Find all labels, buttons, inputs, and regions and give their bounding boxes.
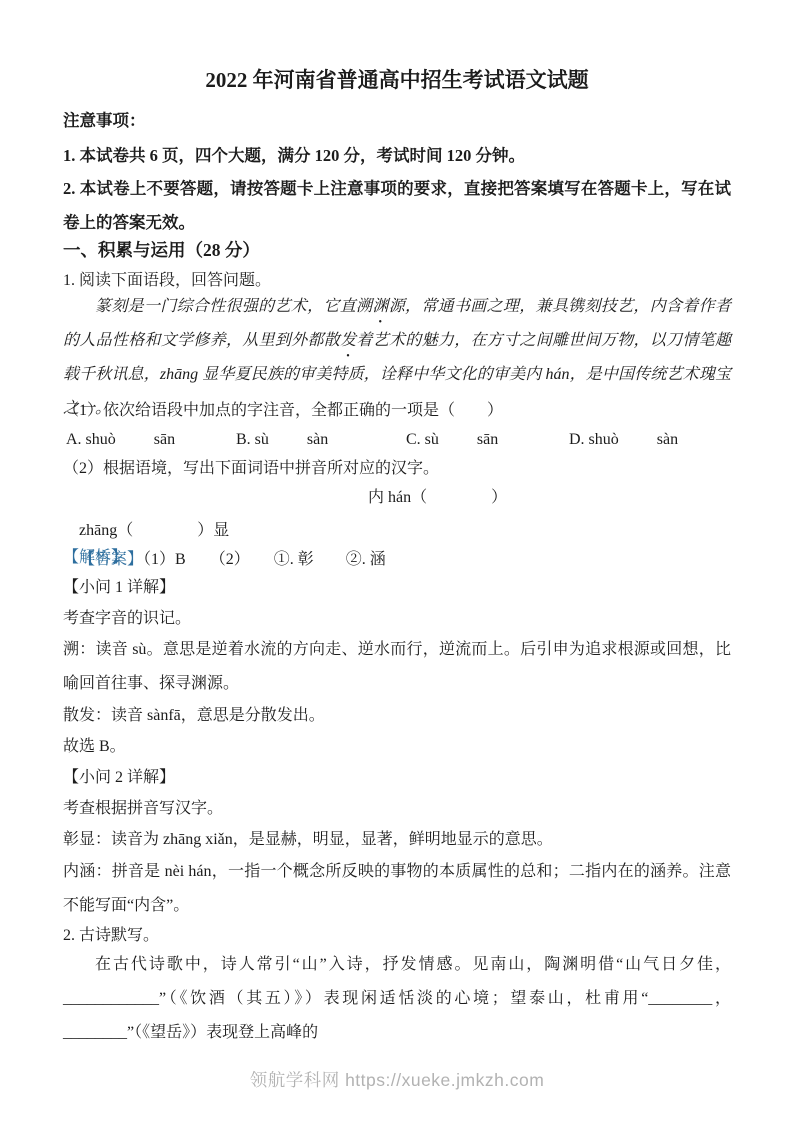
- emphasis-dot-char: 溯: [356, 298, 372, 315]
- watermark: 领航学科网 https://xueke.jmkzh.com: [63, 1064, 731, 1097]
- subq1-heading: 【小问 1 详解】: [63, 571, 731, 604]
- subq2-heading: 【小问 2 详解】: [63, 761, 731, 794]
- exam-paper-page: 2022 年河南省普通高中招生考试语文试题 注意事项： 1. 本试卷共 6 页，…: [0, 0, 793, 1122]
- notice-item-2: 2. 本试卷上不要答题，请按答题卡上注意事项的要求，直接把答案填写在答题卡上，写…: [63, 172, 731, 240]
- page-title: 2022 年河南省普通高中招生考试语文试题: [63, 64, 731, 97]
- explain2-line-2: 彰显：读音为 zhāng xiǎn，是显赫，明显，显著，鲜明地显示的意思。: [63, 823, 731, 856]
- section-1-heading: 一、积累与运用（28 分）: [63, 234, 731, 267]
- analysis-label: 【解析】: [63, 541, 731, 574]
- emphasis-dot-char: 散: [324, 332, 340, 349]
- explain1-line-4: 故选 B。: [63, 730, 731, 763]
- explain2-line-1: 考查根据拼音写汉字。: [63, 792, 731, 825]
- explain1-line-2: 溯：读音 sù。意思是逆着水流的方向走、逆水而行，逆流而上。后引申为追求根源或回…: [63, 633, 731, 701]
- explain1-line-1: 考查字音的识记。: [63, 602, 731, 635]
- notice-heading: 注意事项：: [63, 104, 731, 137]
- explain1-line-3: 散发：读音 sànfā，意思是分散发出。: [63, 699, 731, 732]
- explain2-line-3: 内涵：拼音是 nèi hán，一指一个概念所反映的事物的本质属性的总和；二指内在…: [63, 855, 731, 923]
- poem-passage: 在古代诗歌中，诗人常引“山”入诗，抒发情感。见南山，陶渊明借“山气日夕佳，___…: [63, 948, 731, 1050]
- notice-item-1: 1. 本试卷共 6 页，四个大题，满分 120 分，考试时间 120 分钟。: [63, 139, 731, 172]
